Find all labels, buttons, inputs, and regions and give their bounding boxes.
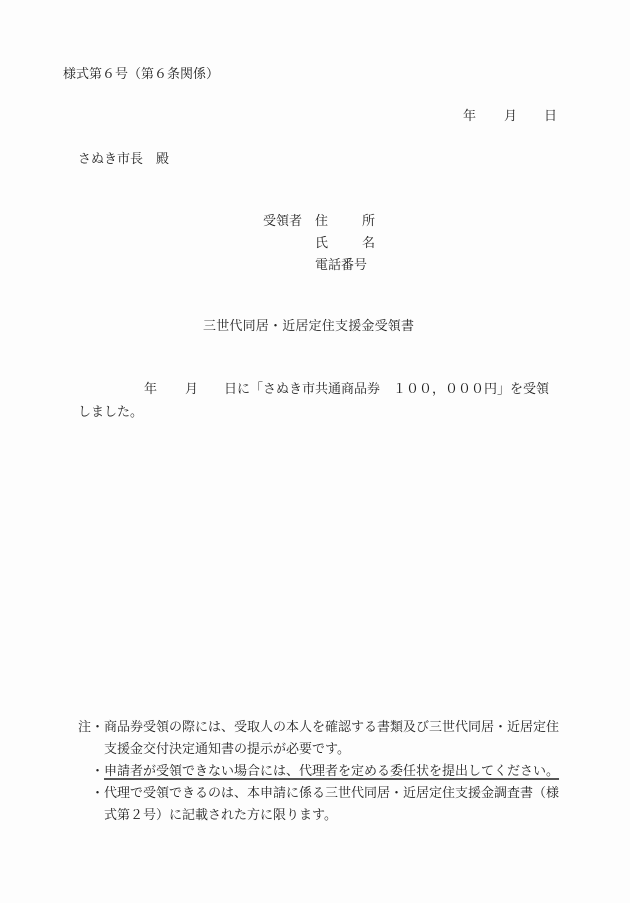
recipient-block: 受領者 住所 氏名 電話番号: [263, 213, 375, 279]
receipt-statement-line2: しました。: [78, 404, 143, 421]
phone-label: 電話番号: [315, 257, 367, 279]
receipt-statement-line1: 年月日に「さぬき市共通商品券 １００，０００円」を受領: [78, 381, 549, 398]
address-label: 住所: [315, 213, 375, 235]
form-number: 様式第６号（第６条関係）: [63, 66, 219, 83]
name-label: 氏名: [315, 235, 375, 257]
date-month: 月: [504, 108, 544, 125]
date-line: 年月日: [463, 108, 557, 125]
note-1: 商品券受領の際には、受取人の本人を確認する書類及び三世代同居・近居定住: [104, 720, 559, 735]
notes: 注・商品券受領の際には、受取人の本人を確認する書類及び三世代同居・近居定住 支援…: [78, 719, 559, 829]
document-title: 三世代同居・近居定住支援金受領書: [203, 318, 414, 335]
date-day: 日: [544, 108, 557, 125]
note-2: 申請者が受領できない場合には、代理者を定める委任状を提出してください。: [104, 764, 559, 779]
recipient-label: 受領者: [263, 213, 315, 235]
addressee: さぬき市長 殿: [78, 151, 169, 168]
date-year: 年: [463, 108, 504, 125]
note-3: 代理で受領できるのは、本申請に係る三世代同居・近居定住支援金調査書（様: [104, 786, 559, 801]
